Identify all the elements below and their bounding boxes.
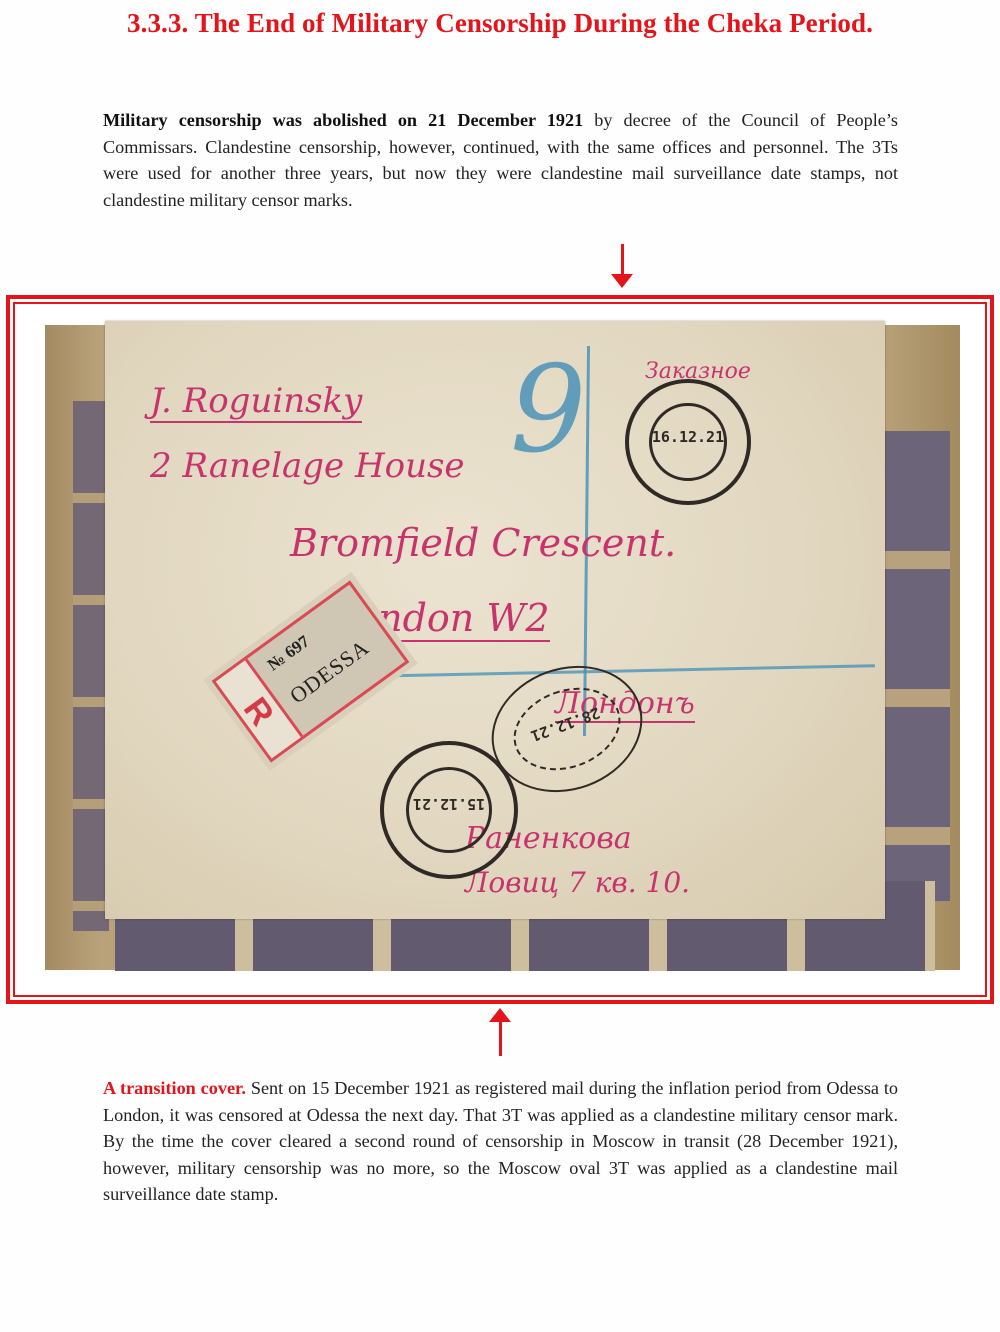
registration-r-letter: R [235,691,281,734]
address-line-2: 2 Ranelage House [150,446,465,486]
page-title: 3.3.3. The End of Military Censorship Du… [0,8,1000,39]
postal-cover-image: 9 Заказное J. Roguinsky 2 Ranelage House… [35,321,965,977]
intro-bold-lead: Military censorship was abolished on 21 … [103,110,583,130]
odessa-censor-postmark: 16.12.21 [625,379,751,505]
address-line-1: J. Roguinsky [150,381,362,423]
stamp-strip-right [875,431,950,901]
cover-image-frame: 9 Заказное J. Roguinsky 2 Ranelage House… [6,295,994,1004]
front-envelope: 9 Заказное J. Roguinsky 2 Ranelage House… [105,321,885,919]
caption-paragraph: A transition cover. Sent on 15 December … [103,1075,898,1208]
intro-paragraph: Military censorship was abolished on 21 … [103,107,898,213]
arrow-up-icon [488,1008,512,1056]
blue-crayon-mark: 9 [510,341,586,480]
sender-address: Ловиц 7 кв. 10. [465,866,690,899]
odessa-dispatch-postmark: 15.12.21 [380,741,518,879]
caption-lead: A transition cover. [103,1078,246,1098]
arrow-down-icon [610,244,634,290]
stamp-strip-left [73,401,109,931]
registration-number: № 697 [264,632,314,676]
address-line-3: Bromfield Crescent. [290,521,676,565]
